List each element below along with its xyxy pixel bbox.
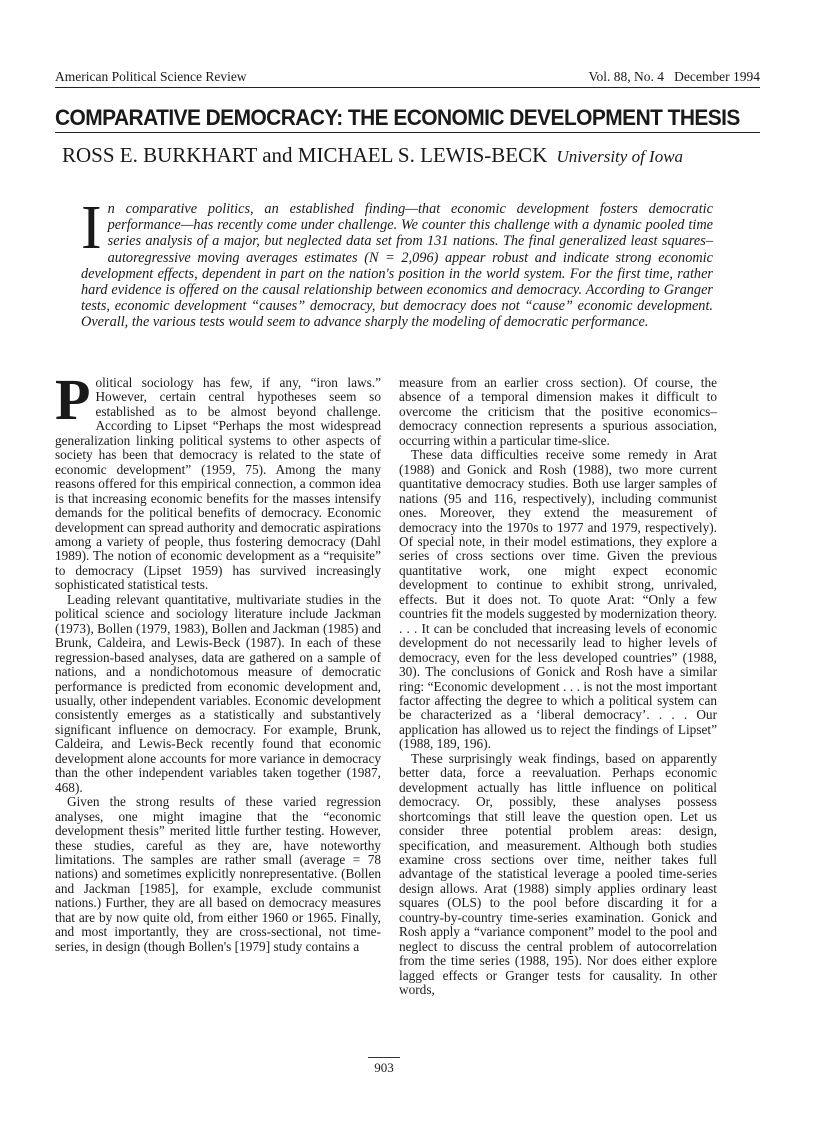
page-number: 903 <box>368 1057 400 1076</box>
paragraph: These data difficulties receive some rem… <box>399 448 717 752</box>
journal-name: American Political Science Review <box>55 69 247 84</box>
paragraph: These surprisingly weak findings, based … <box>399 752 717 998</box>
author-names: ROSS E. BURKHART and MICHAEL S. LEWIS-BE… <box>62 143 547 167</box>
abstract: I n comparative politics, an established… <box>81 201 713 331</box>
article-title: COMPARATIVE DEMOCRACY: THE ECONOMIC DEVE… <box>55 105 711 131</box>
paragraph: Leading relevant quantitative, multivari… <box>55 593 381 795</box>
paragraph: measure from an earlier cross section). … <box>399 376 717 448</box>
abstract-dropcap: I <box>81 203 102 251</box>
right-column: measure from an earlier cross section). … <box>399 376 717 997</box>
left-column: Political sociology has few, if any, “ir… <box>55 376 381 954</box>
title-rule <box>55 132 760 133</box>
affiliation: University of Iowa <box>557 147 684 166</box>
paragraph: Given the strong results of these varied… <box>55 795 381 954</box>
abstract-text: n comparative politics, an established f… <box>81 201 713 330</box>
author-line: ROSS E. BURKHART and MICHAEL S. LEWIS-BE… <box>62 143 683 169</box>
running-head: American Political Science Review Vol. 8… <box>55 69 760 88</box>
paragraph: Political sociology has few, if any, “ir… <box>55 376 381 593</box>
body-dropcap: P <box>55 378 90 420</box>
paragraph-text: olitical sociology has few, if any, “iro… <box>55 375 381 592</box>
issue-info: Vol. 88, No. 4 December 1994 <box>589 69 760 84</box>
